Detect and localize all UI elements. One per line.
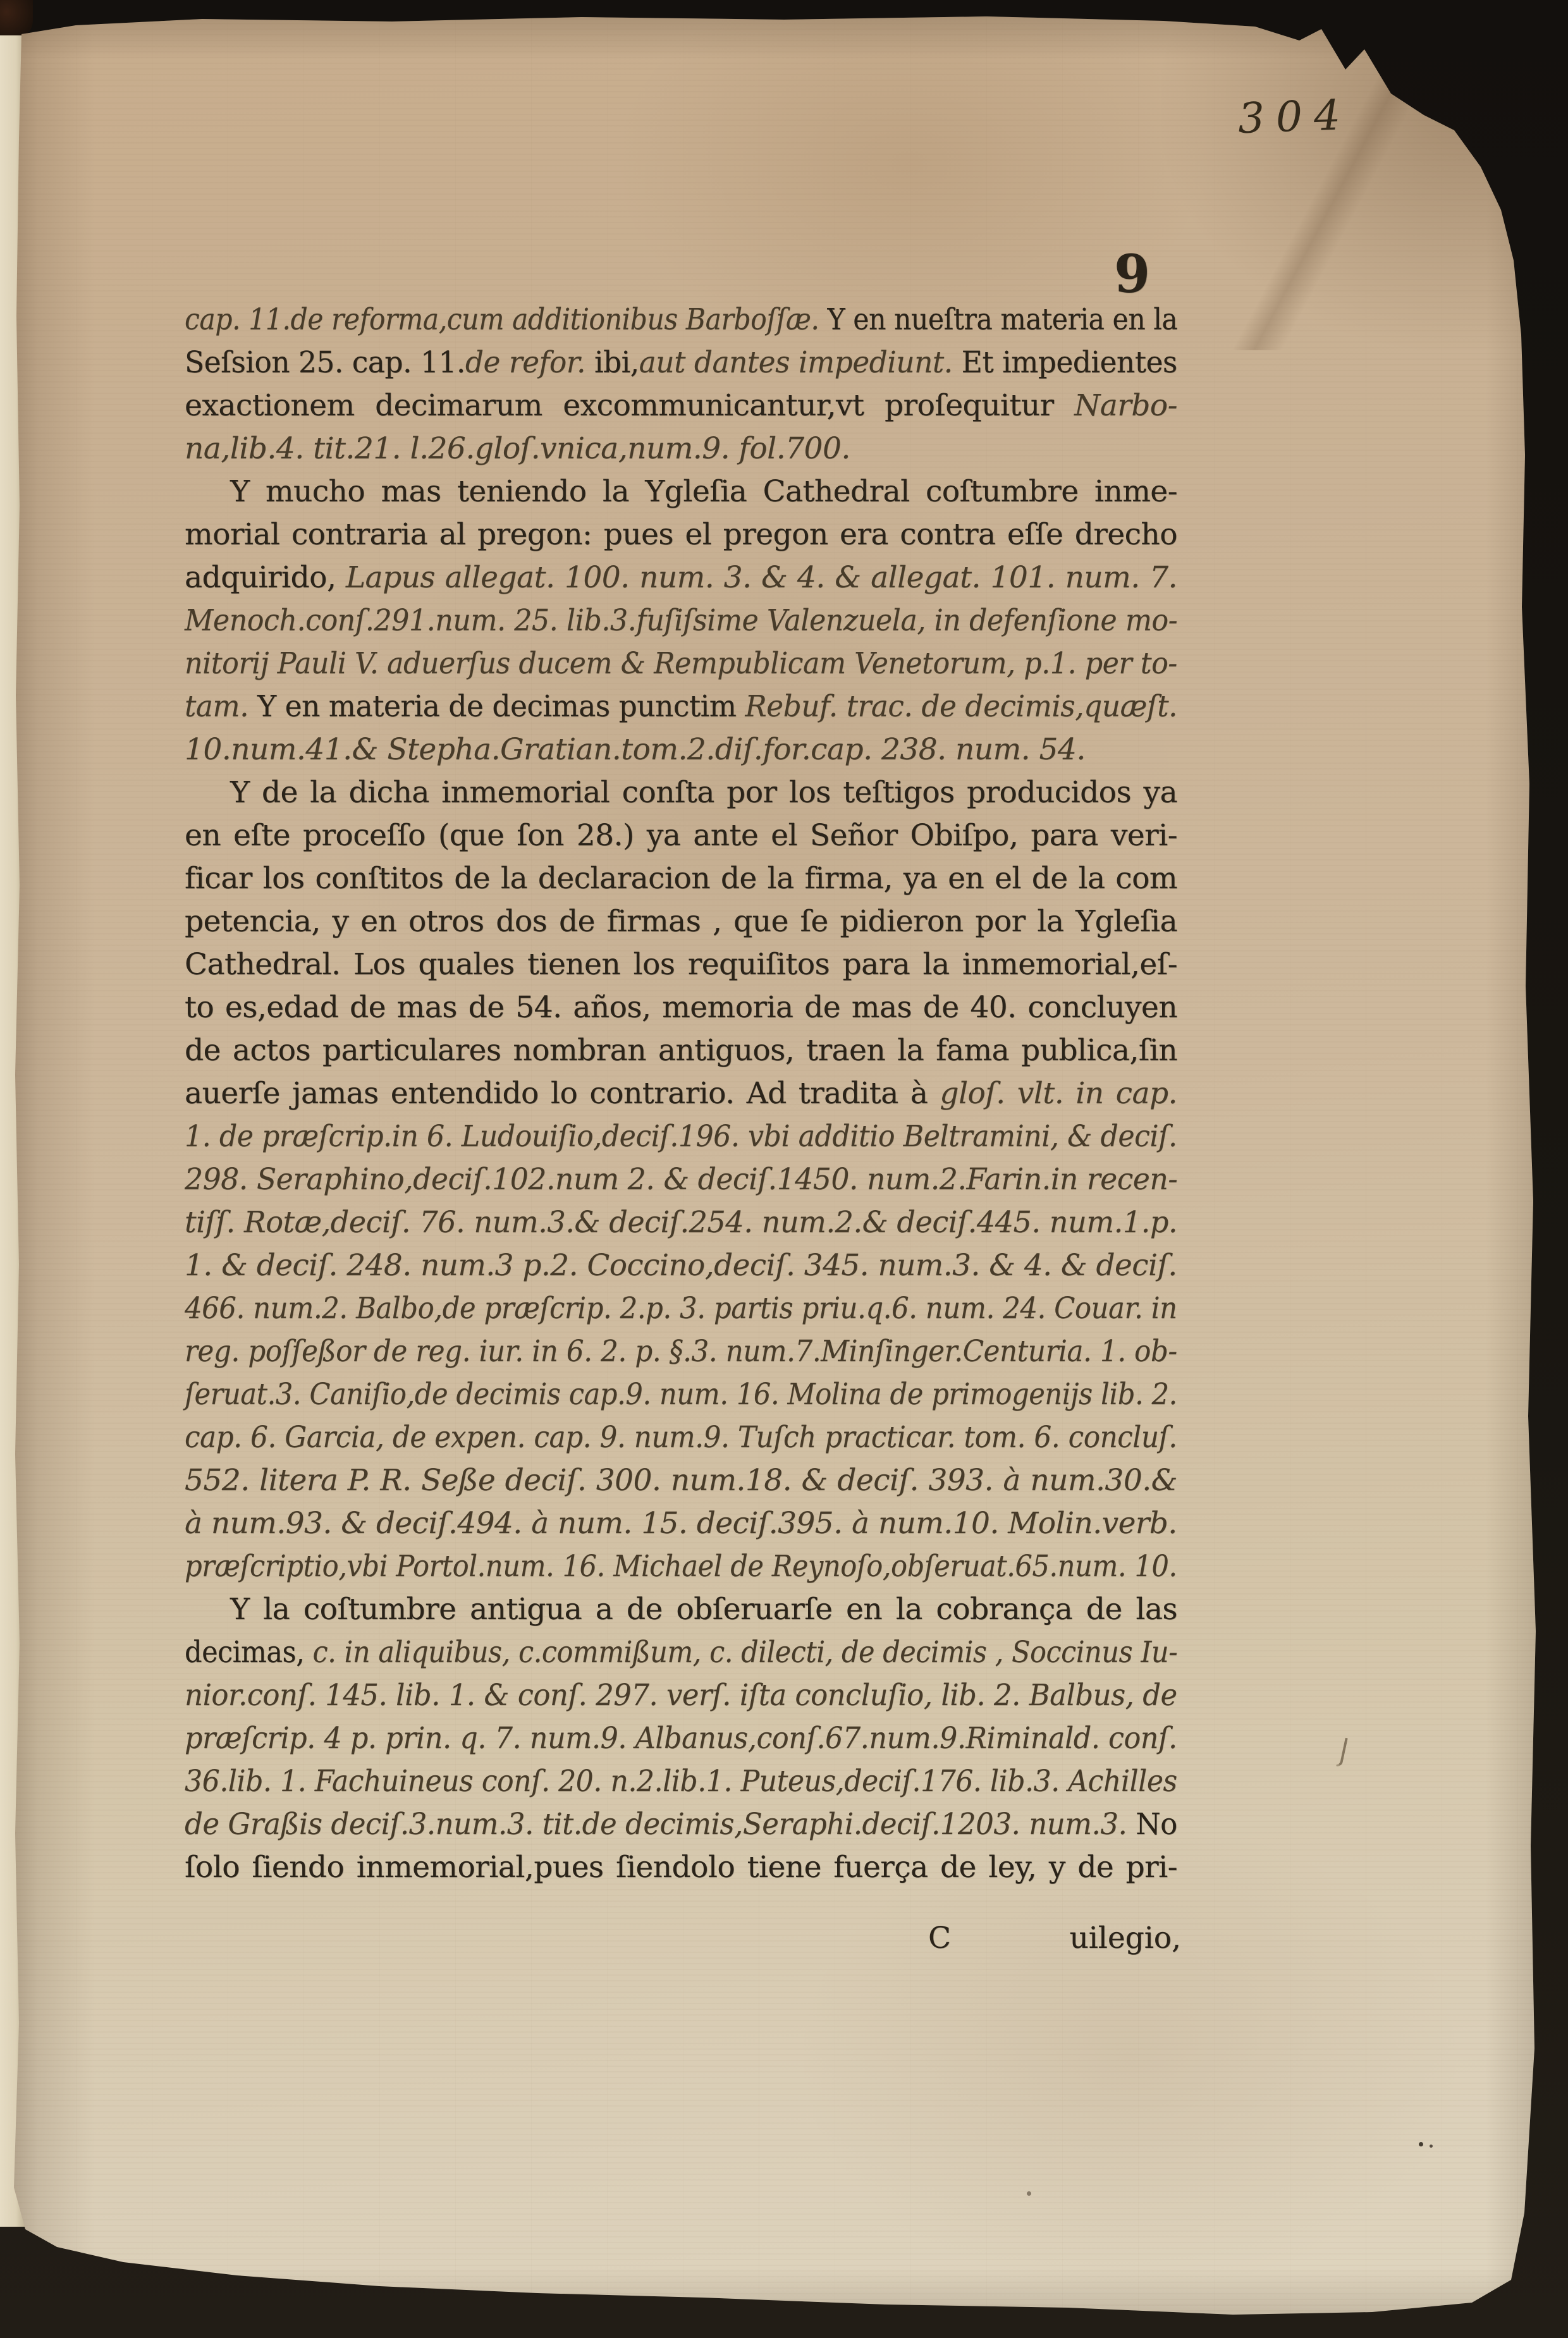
text-segment: Y en materia de decimas punctim (248, 689, 745, 724)
text-line: 466. num.2. Balbo,de præſcrip. 2.p. 3. p… (185, 1287, 1101, 1330)
printed-page-number: 9 (1114, 244, 1150, 305)
text-line: to es,edad de mas de 54. años, memoria d… (185, 986, 1177, 1029)
text-segment: Narbo- (1074, 388, 1177, 423)
text-segment: 1. de præſcrip.in 6. Ludouiſio,deciſ.196… (185, 1119, 1177, 1154)
text-line: auerſe jamas entendido lo contrario. Ad … (185, 1072, 1177, 1115)
text-segment: Rebuf. trac. de decimis,quæſt. (745, 689, 1177, 724)
text-segment: decimas, (185, 1635, 313, 1670)
text-segment: Seſsion 25. cap. 11. (185, 345, 465, 380)
text-segment: præſcrip. 4 p. prin. q. 7. num.9. Albanu… (185, 1721, 1177, 1756)
text-segment: Y mucho mas teniendo la Ygleſia Cathedra… (230, 474, 1177, 509)
text-segment: No (1127, 1807, 1177, 1842)
text-line: præſcrip. 4 p. prin. q. 7. num.9. Albanu… (185, 1717, 1124, 1760)
text-line: 10.num.41.& Stepha.Gratian.tom.2.diſ.for… (185, 728, 1177, 771)
text-segment: Y la coſtumbre antigua a de obſeruarſe e… (230, 1592, 1177, 1627)
text-line: cap. 6. Garcia, de expen. cap. 9. num.9.… (185, 1416, 1108, 1459)
paper-page: 304 9 cap. 11.de reforma,cum additionibu… (0, 0, 1568, 2338)
scan-surface: 304 9 cap. 11.de reforma,cum additionibu… (0, 0, 1568, 2338)
text-line: ſeruat.3. Caniſio,de decimis cap.9. num.… (185, 1373, 1098, 1416)
text-line: 552. litera P. R. Seße deciſ. 300. num.1… (185, 1459, 1177, 1502)
text-segment: to es,edad de mas de 54. años, memoria d… (185, 990, 1177, 1025)
text-segment: tiſſ. Rotæ,deciſ. 76. num.3.& deciſ.254.… (185, 1205, 1177, 1240)
text-line: en eſte proceſſo (que ſon 28.) ya ante e… (185, 814, 1177, 857)
text-line: nitorij Pauli V. aduerſus ducem & Rempub… (185, 642, 1120, 685)
text-segment: morial contraria al pregon: pues el preg… (185, 517, 1177, 552)
text-line: nior.conſ. 145. lib. 1. & conſ. 297. ver… (185, 1674, 1133, 1717)
text-line: exactionem decimarum excommunicantur,vt … (185, 384, 1177, 427)
text-segment: de refor. (465, 345, 585, 380)
text-block: cap. 11.de reforma,cum additionibus Barb… (185, 298, 1177, 1889)
text-line: cap. 11.de reforma,cum additionibus Barb… (185, 298, 1083, 341)
signature-row: C uilegio, (185, 1917, 1177, 1960)
text-segment: cap. 6. Garcia, de expen. cap. 9. num.9.… (185, 1420, 1177, 1455)
text-line: tam. Y en materia de decimas punctim Reb… (185, 685, 1146, 728)
text-line: 1. de præſcrip.in 6. Ludouiſio,deciſ.196… (185, 1115, 1119, 1158)
text-line: 298. Seraphino,deciſ.102.num 2. & deciſ.… (185, 1158, 1149, 1201)
paragraph: Y mucho mas teniendo la Ygleſia Cathedra… (185, 470, 1177, 771)
catchword: uilegio, (1069, 1917, 1181, 1960)
text-segment: petencia, y en otros dos de firmas , que… (185, 904, 1177, 939)
paragraph: Y la coſtumbre antigua a de obſeruarſe e… (185, 1588, 1177, 1889)
text-line: præſcriptio,vbi Portol.num. 16. Michael … (185, 1545, 1096, 1588)
text-line: Menoch.conſ.291.num. 25. lib.3.fuſiſsime… (185, 599, 1121, 642)
margin-pen-mark (1336, 1737, 1348, 1768)
text-segment: ſolo ſiendo inmemorial,pues ſiendolo tie… (185, 1850, 1177, 1885)
text-segment: de actos particulares nombran antiguos, … (185, 1033, 1177, 1068)
text-line: decimas, c. in aliquibus, c.commißum, c.… (185, 1631, 1093, 1674)
text-segment: en eſte proceſſo (que ſon 28.) ya ante e… (185, 818, 1177, 853)
handwritten-folio-number: 304 (1237, 90, 1353, 143)
text-segment: auerſe jamas entendido lo contrario. Ad … (185, 1076, 940, 1111)
text-segment: adquirido, (185, 560, 346, 595)
text-line: morial contraria al pregon: pues el preg… (185, 513, 1177, 556)
text-segment: Y en nueſtra materia en la (819, 302, 1177, 337)
text-segment: nitorij Pauli V. aduerſus ducem & Rempub… (185, 646, 1177, 681)
text-segment: reg. poſſeßor de reg. iur. in 6. 2. p. §… (185, 1334, 1177, 1369)
paragraph: Y de la dicha inmemorial conſta por los … (185, 771, 1177, 1588)
text-segment: 298. Seraphino,deciſ.102.num 2. & deciſ.… (185, 1162, 1177, 1197)
text-line: Y la coſtumbre antigua a de obſeruarſe e… (185, 1588, 1177, 1631)
text-line: reg. poſſeßor de reg. iur. in 6. 2. p. §… (185, 1330, 1108, 1373)
text-line: adquirido, Lapus allegat. 100. num. 3. &… (185, 556, 1177, 599)
text-segment: na,lib.4. tit.21. l.26.gloſ.vnica,num.9.… (185, 431, 850, 466)
text-segment: ſeruat.3. Caniſio,de decimis cap.9. num.… (185, 1377, 1177, 1412)
text-line: 36.lib. 1. Fachuineus conſ. 20. n.2.lib.… (185, 1760, 1117, 1803)
text-segment: Et impedientes (953, 345, 1177, 380)
text-segment: exactionem decimarum excommunicantur,vt … (185, 388, 1074, 423)
text-line: Cathedral. Los quales tienen los requiſi… (185, 943, 1177, 986)
text-segment: de Graßis deciſ.3.num.3. tit.de decimis,… (185, 1807, 1127, 1842)
text-segment: 36.lib. 1. Fachuineus conſ. 20. n.2.lib.… (185, 1764, 1177, 1799)
text-segment: 552. litera P. R. Seße deciſ. 300. num.1… (185, 1463, 1177, 1498)
text-segment: tam. (185, 689, 248, 724)
text-line: Y mucho mas teniendo la Ygleſia Cathedra… (185, 470, 1177, 513)
text-segment: Lapus allegat. 100. num. 3. & 4. & alleg… (346, 560, 1177, 595)
text-segment: præſcriptio,vbi Portol.num. 16. Michael … (185, 1549, 1177, 1584)
text-line: de actos particulares nombran antiguos, … (185, 1029, 1177, 1072)
text-segment: aut dantes impediunt. (639, 345, 953, 380)
text-segment: Y de la dicha inmemorial conſta por los … (230, 775, 1177, 810)
text-segment: nior.conſ. 145. lib. 1. & conſ. 297. ver… (185, 1678, 1177, 1713)
signature-mark: C (928, 1917, 951, 1960)
text-segment: Cathedral. Los quales tienen los requiſi… (185, 947, 1177, 982)
text-line: Seſsion 25. cap. 11.de refor. ibi,aut da… (185, 341, 1145, 384)
text-line: na,lib.4. tit.21. l.26.gloſ.vnica,num.9.… (185, 427, 1177, 470)
text-line: tiſſ. Rotæ,deciſ. 76. num.3.& deciſ.254.… (185, 1201, 1160, 1244)
text-segment: c. in aliquibus, c.commißum, c. dilecti,… (313, 1635, 1178, 1670)
text-line: de Graßis deciſ.3.num.3. tit.de decimis,… (185, 1803, 1136, 1846)
text-segment: 1. & deciſ. 248. num.3 p.2. Coccino,deci… (185, 1248, 1177, 1283)
text-line: Y de la dicha inmemorial conſta por los … (185, 771, 1177, 814)
text-segment: 10.num.41.& Stepha.Gratian.tom.2.diſ.for… (185, 732, 1086, 767)
text-segment: gloſ. vlt. in cap. (940, 1076, 1177, 1111)
paragraph: cap. 11.de reforma,cum additionibus Barb… (185, 298, 1177, 470)
text-line: à num.93. & deciſ.494. à num. 15. deciſ.… (185, 1502, 1175, 1545)
text-segment: cap. 11.de reforma,cum additionibus Barb… (185, 302, 819, 337)
text-line: petencia, y en otros dos de firmas , que… (185, 900, 1177, 943)
text-segment: à num.93. & deciſ.494. à num. 15. deciſ.… (185, 1506, 1177, 1541)
text-segment: Menoch.conſ.291.num. 25. lib.3.fuſiſsime… (185, 603, 1177, 638)
text-line: 1. & deciſ. 248. num.3 p.2. Coccino,deci… (185, 1244, 1174, 1287)
text-line: ſolo ſiendo inmemorial,pues ſiendolo tie… (185, 1846, 1177, 1889)
text-segment: 466. num.2. Balbo,de præſcrip. 2.p. 3. p… (185, 1291, 1177, 1326)
text-segment: ibi, (585, 345, 639, 380)
text-segment: ficar los conſtitos de la declaracion de… (185, 861, 1177, 896)
ink-specks (1419, 2142, 1423, 2146)
text-line: ficar los conſtitos de la declaracion de… (185, 857, 1177, 900)
torn-corner-shade (1161, 9, 1540, 350)
